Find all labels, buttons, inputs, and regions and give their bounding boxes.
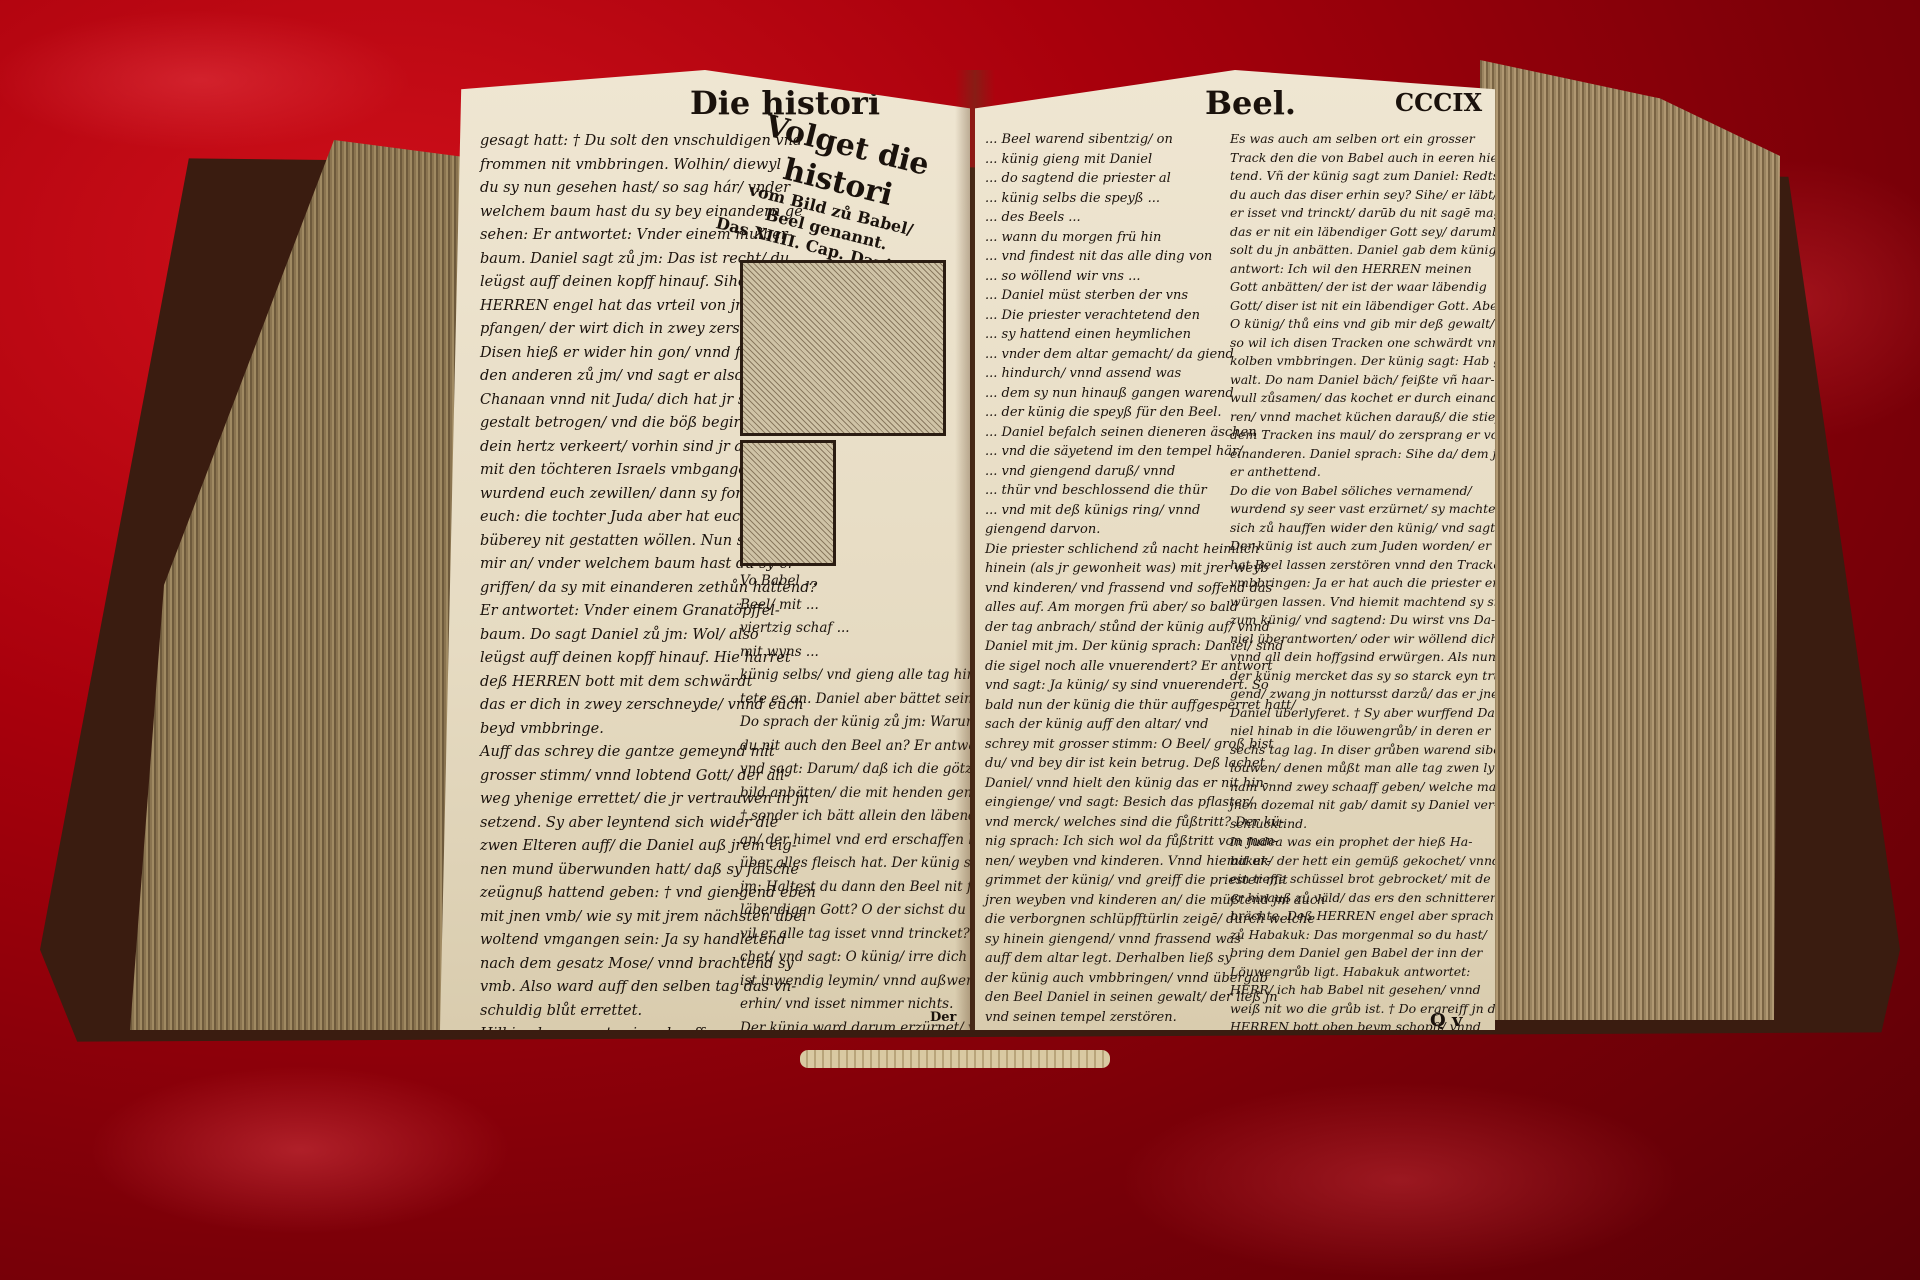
text-line: über alles fleisch hat. Der künig sprach…	[740, 852, 970, 876]
text-line: kolben vmbbringen. Der künig sagt: Hab g…	[1230, 352, 1495, 371]
text-line: antwort: Ich wil den HERREN meinen	[1230, 260, 1495, 279]
text-line: tend. Vñ der künig sagt zum Daniel: Redt…	[1230, 167, 1495, 186]
text-line: In Judea was ein prophet der hieß Ha-	[1230, 833, 1495, 852]
text-line: bild anbätten/ die mit henden gemacht si…	[740, 782, 970, 806]
text-line: chet/ vnd sagt: O künig/ irre dich nit/ …	[740, 946, 970, 970]
text-line: Der künig ist auch zum Juden worden/ er	[1230, 537, 1495, 556]
text-line: löuwen/ denen můßt man alle tag zwen lyc…	[1230, 759, 1495, 778]
text-line: ren/ vnnd machet küchen darauß/ die stie…	[1230, 408, 1495, 427]
text-line: Vo Babel ...	[740, 570, 970, 594]
text-line: an/ der himel vnd erd erschaffen hatt/ v…	[740, 829, 970, 853]
folio-number: CCCIX	[1395, 88, 1482, 117]
left-column-2: Vo Babel ...Beel/ mit ...viertzig schaf …	[740, 570, 970, 1030]
text-line: jm: Haltest du dann den Beel nit für ein…	[740, 876, 970, 900]
text-line: walt. Do nam Daniel bäch/ feißte vñ haar…	[1230, 371, 1495, 390]
text-line: zů Habakuk: Das morgenmal so du hast/	[1230, 926, 1495, 945]
text-line: so wil ich disen Tracken one schwärdt vn…	[1230, 334, 1495, 353]
text-line: würgen lassen. Vnd hiemit machtend sy si…	[1230, 593, 1495, 612]
text-line: du nit auch den Beel an? Er antwortet	[740, 735, 970, 759]
text-line: niel überantworten/ oder wir wöllend dic…	[1230, 630, 1495, 649]
text-line: er hinauß zů väld/ das ers den schnitter…	[1230, 889, 1495, 908]
catchword: Der	[930, 1010, 956, 1025]
text-line: er anthettend.	[1230, 463, 1495, 482]
text-line: das er nit ein läbendiger Gott sey/ daru…	[1230, 223, 1495, 242]
text-line: sich zů hauffen wider den künig/ vnd sag…	[1230, 519, 1495, 538]
text-line: viertzig schaf ...	[740, 617, 970, 641]
text-line: mit wyns ...	[740, 641, 970, 665]
text-line: Löuwengrůb ligt. Habakuk antwortet:	[1230, 963, 1495, 982]
text-line: er isset vnd trinckt/ darūb du nit sagē …	[1230, 204, 1495, 223]
text-line: Gott anbätten/ der ist der waar läbendig	[1230, 278, 1495, 297]
woodcut-illustration-prophet	[740, 260, 946, 436]
text-line: brächte. Deß HERREN engel aber sprach	[1230, 907, 1495, 926]
text-line: künig selbs/ vnd gieng alle tag hin ...	[740, 664, 970, 688]
text-line: tete es an. Daniel aber bättet seinen Go…	[740, 688, 970, 712]
text-line: vnd sagt: Darum/ daß ich die götzen die …	[740, 758, 970, 782]
text-line: läbendigen Gott? O der sichst du nit wie	[740, 899, 970, 923]
signature-mark: Q v	[1430, 1010, 1462, 1030]
right-page-block-edge	[1480, 60, 1780, 1020]
text-line: der künig mercket das sy so starck eyn t…	[1230, 667, 1495, 686]
text-line: O künig/ thů eins vnd gib mir deß gewalt…	[1230, 315, 1495, 334]
text-line: wurdend sy seer vast erzürnet/ sy machte…	[1230, 500, 1495, 519]
woodcut-initial-letter	[740, 440, 836, 566]
text-line: wull zůsamen/ das kochet er durch einand…	[1230, 389, 1495, 408]
text-line: bring dem Daniel gen Babel der inn der	[1230, 944, 1495, 963]
text-line: solt du jn anbätten. Daniel gab dem küni…	[1230, 241, 1495, 260]
right-page: Beel. CCCIX ... Beel warend sibentzig/ o…	[975, 70, 1495, 1030]
text-line: du auch das diser erhin sey? Sihe/ er lä…	[1230, 186, 1495, 205]
text-line: sechs tag lag. In diser grůben warend si…	[1230, 741, 1495, 760]
right-column-2: Es was auch am selben ort ein grosserTra…	[1230, 130, 1495, 1030]
text-line: gend/ zwang jn nottursst darzů/ das er j…	[1230, 685, 1495, 704]
text-line: Track den die von Babel auch in eeren hi…	[1230, 149, 1495, 168]
right-running-head: Beel.	[1205, 84, 1296, 122]
text-line: einanderen. Daniel sprach: Sihe da/ dem …	[1230, 445, 1495, 464]
text-line: ist inwendig leymin/ vnnd außwendig	[740, 970, 970, 994]
text-line: Es was auch am selben ort ein grosser	[1230, 130, 1495, 149]
text-line: † sonder ich bätt allein den läbendigen …	[740, 805, 970, 829]
text-line: bakuk/ der hett ein gemüß gekochet/ vnnd…	[1230, 852, 1495, 871]
text-line: schlucktind.	[1230, 815, 1495, 834]
left-page: Die histori gesagt hatt: † Du solt den v…	[440, 70, 970, 1030]
text-line: dem Tracken ins maul/ do zersprang er vo…	[1230, 426, 1495, 445]
text-line: Daniel überlyferet. † Sy aber wurffend D…	[1230, 704, 1495, 723]
text-line: hat Beel lassen zerstören vnnd den Track…	[1230, 556, 1495, 575]
text-line: zum künig/ vnd sagtend: Du wirst vns Da-	[1230, 611, 1495, 630]
text-line: Do sprach der künig zů jm: Warumb bättes…	[740, 711, 970, 735]
text-line: vil er alle tag isset vnnd trincket? Dan…	[740, 923, 970, 947]
text-line: Gott/ diser ist nit ein läbendiger Gott.…	[1230, 297, 1495, 316]
text-line: vnnd all dein hoffgsind erwürgen. Als nu…	[1230, 648, 1495, 667]
text-line: Beel/ mit ...	[740, 594, 970, 618]
text-line: niel hinab in die löuwengrůb/ in deren e…	[1230, 722, 1495, 741]
text-line: jnen dozemal nit gab/ damit sy Daniel ve…	[1230, 796, 1495, 815]
text-line: nam vnnd zwey schaaff geben/ welche man	[1230, 778, 1495, 797]
text-line: HERR/ ich hab Babel nit gesehen/ vnnd	[1230, 981, 1495, 1000]
text-line: ein tieffe schüssel brot gebrocket/ mit …	[1230, 870, 1495, 889]
text-line: vmbbringen: Ja er hat auch die priester …	[1230, 574, 1495, 593]
text-line: Do die von Babel söliches vernamend/	[1230, 482, 1495, 501]
book-spine-headband	[800, 1050, 1110, 1068]
